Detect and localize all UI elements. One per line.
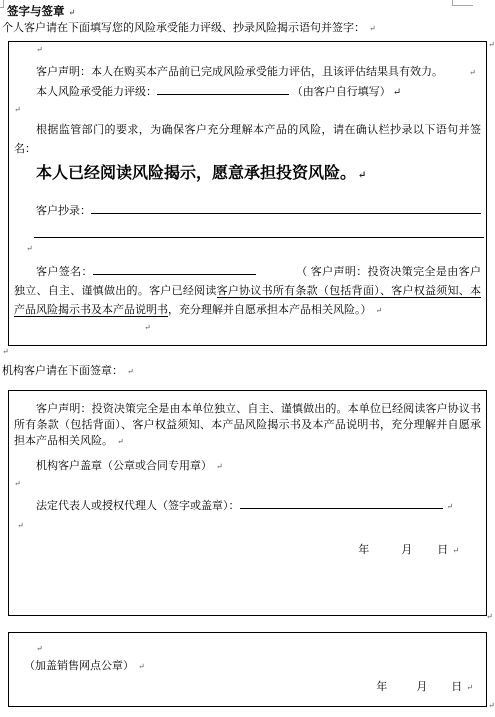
outlet-seal-box: ↵ （加盖销售网点公章）↵ 年 月 日 ↵	[8, 632, 487, 707]
signature-blank[interactable]	[93, 262, 256, 275]
empty-paragraph: ↵	[14, 44, 481, 63]
risk-statement: 本人已经阅读风险揭示，愿意承担投资风险。↵	[14, 161, 481, 189]
signature-line: 客户签名：（ 客户声明：投资决策完全是由客户独立、自主、谨慎做出的。客户已经阅读…	[14, 262, 481, 320]
pilcrow-icon: ↵	[466, 681, 473, 695]
pilcrow-icon: ↵	[452, 544, 459, 558]
risk-rating-label: 本人风险承受能力评级：	[36, 86, 157, 98]
pilcrow-icon: ↵	[17, 521, 24, 530]
document-page: ↵ ↵ ↵ 签字与签章↵ 个人客户请在下面填写您的风险承受能力评级、抄录风险揭示…	[0, 0, 495, 717]
instruction-line: 根据监管部门的要求，为确保客户充分理解本产品的风险，请在确认栏抄录以下语句并签名…	[14, 121, 481, 159]
pilcrow-icon: ↵	[69, 8, 76, 17]
signature-note-post: ，充分理解并自愿承担本产品相关风险。）	[168, 304, 372, 316]
return-mark-icon: ↵	[393, 87, 401, 98]
instruction-text: 根据监管部门的要求，为确保客户充分理解本产品的风险，请在确认栏抄录以下语句并签名…	[14, 124, 481, 155]
pilcrow-icon: ↵	[127, 367, 134, 376]
pilcrow-icon: ↵	[14, 479, 21, 488]
empty-paragraph: ↵	[14, 238, 481, 256]
date-row: 年 月 日 ↵	[14, 680, 481, 695]
page-title-text: 签字与签章	[7, 6, 65, 18]
org-declaration-text: 客户声明：投资决策完全是由本单位独立、自主、谨慎做出的。本单位已经阅读客户协议书…	[14, 403, 481, 447]
representative-blank[interactable]	[240, 496, 443, 509]
org-seal-label: 机构客户盖章（公章或合同专用章）	[36, 460, 212, 472]
org-signature-box: 客户声明：投资决策完全是由本单位独立、自主、谨慎做出的。本单位已经阅读客户协议书…	[8, 390, 487, 616]
pilcrow-icon: ↵	[144, 323, 151, 332]
risk-rating-line: 本人风险承受能力评级： （由客户自行填写）↵	[14, 82, 481, 102]
representative-line: 法定代表人或授权代理人（签字或盖章）：↵	[14, 496, 481, 515]
day-label: 日	[451, 680, 462, 694]
transcribe-blank[interactable]	[91, 201, 481, 214]
risk-rating-blank[interactable]	[157, 82, 289, 95]
pilcrow-icon: ↵	[26, 244, 33, 253]
year-label: 年	[358, 543, 369, 557]
empty-paragraph: ↵	[14, 320, 481, 336]
customer-declaration: 客户声明：本人在购买本产品前已完成风险承受能力评估，且该评估结果具有效力。↵	[14, 63, 481, 82]
org-seal-line: 机构客户盖章（公章或合同专用章）↵	[14, 459, 481, 474]
outlet-seal-line: （加盖销售网点公章）↵	[14, 659, 481, 674]
date-row: 年 月 日 ↵	[14, 543, 481, 558]
pilcrow-icon: ↵	[488, 701, 495, 710]
empty-paragraph: ↵	[2, 346, 489, 359]
return-mark-icon: ↵	[358, 170, 366, 181]
day-label: 日	[437, 543, 448, 557]
org-intro-line: 机构客户请在下面签章：↵	[2, 363, 489, 380]
empty-paragraph: ↵	[14, 102, 481, 121]
org-declaration: 客户声明：投资决策完全是由本单位独立、自主、谨慎做出的。本单位已经阅读客户协议书…	[14, 401, 481, 450]
page-title: 签字与签章↵	[7, 5, 489, 20]
pilcrow-icon: ↵	[376, 306, 383, 315]
individual-intro-text: 个人客户请在下面填写您的风险承受能力评级、抄录风险揭示语句并签字：	[2, 22, 365, 34]
month-label: 月	[416, 680, 427, 694]
risk-rating-note: （由客户自行填写）	[292, 86, 391, 98]
individual-signature-box: ↵ 客户声明：本人在购买本产品前已完成风险承受能力评估，且该评估结果具有效力。↵…	[8, 41, 487, 346]
pilcrow-icon: ↵	[36, 644, 43, 653]
individual-intro-line: 个人客户请在下面填写您的风险承受能力评级、抄录风险揭示语句并签字：↵	[2, 20, 489, 37]
pilcrow-icon: ↵	[447, 502, 454, 511]
document-content: 签字与签章↵ 个人客户请在下面填写您的风险承受能力评级、抄录风险揭示语句并签字：…	[2, 5, 489, 707]
pilcrow-icon: ↵	[117, 437, 124, 446]
year-label: 年	[376, 680, 387, 694]
pilcrow-icon: ↵	[2, 347, 9, 356]
risk-statement-text: 本人已经阅读风险揭示，愿意承担投资风险。	[36, 165, 356, 182]
empty-paragraph: ↵	[14, 641, 481, 655]
transcribe-line: 客户抄录：	[14, 201, 481, 221]
empty-paragraph: ↵	[14, 474, 481, 490]
customer-declaration-text: 客户声明：本人在购买本产品前已完成风险承受能力评估，且该评估结果具有效力。	[36, 66, 443, 78]
pilcrow-icon: ↵	[14, 105, 21, 114]
pilcrow-icon: ↵	[36, 45, 43, 54]
transcribe-label: 客户抄录：	[36, 205, 91, 217]
org-intro-text: 机构客户请在下面签章：	[2, 365, 123, 377]
signature-label: 客户签名：	[36, 266, 93, 278]
pilcrow-icon: ↵	[138, 662, 145, 671]
pilcrow-icon: ↵	[488, 40, 495, 49]
pilcrow-icon: ↵	[469, 68, 476, 77]
representative-label: 法定代表人或授权代理人（签字或盖章）：	[36, 500, 240, 512]
pilcrow-icon: ↵	[216, 462, 223, 471]
pilcrow-icon: ↵	[369, 24, 376, 33]
empty-paragraph: ↵	[14, 515, 481, 533]
outlet-seal-note: （加盖销售网点公章）	[24, 660, 134, 672]
month-label: 月	[401, 543, 412, 557]
